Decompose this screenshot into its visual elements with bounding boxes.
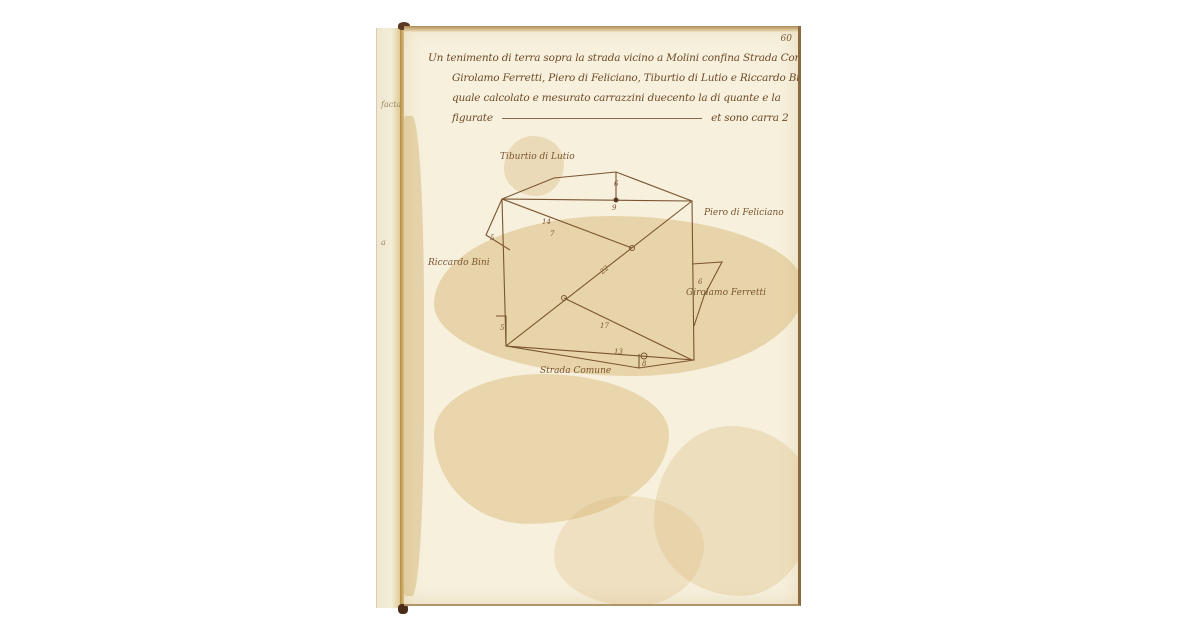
- measurement: 9: [612, 204, 616, 212]
- measurement: 7: [550, 230, 554, 238]
- measurement: 6: [698, 278, 702, 286]
- diagram-label-right-upper: Piero di Feliciano: [704, 208, 784, 218]
- measurement: 17: [600, 322, 609, 330]
- measurement: 14: [542, 218, 551, 226]
- measurement: 8: [642, 360, 646, 368]
- left-leaf-fragment: facta: [381, 100, 401, 109]
- measurement: 5: [490, 234, 494, 242]
- diagram-label-left: Riccardo Bini: [428, 258, 490, 268]
- diagram-label-bottom: Strada Comune: [540, 366, 611, 376]
- diagram-label-top: Tiburtio di Lutio: [500, 152, 575, 162]
- measurement: 13: [614, 348, 623, 356]
- manuscript-page: 60 Un tenimento di terra sopra la strada…: [404, 26, 801, 606]
- left-leaf-fragment: a: [381, 238, 386, 247]
- left-page-edge: facta a: [376, 28, 403, 608]
- survey-diagram: [404, 26, 798, 604]
- diagram-label-right-lower: Girolamo Ferretti: [686, 288, 766, 298]
- measurement: 5: [500, 324, 504, 332]
- manuscript-book: facta a 60 Un tenimento di terra sopra l…: [374, 22, 806, 612]
- measurement: 6: [614, 180, 618, 188]
